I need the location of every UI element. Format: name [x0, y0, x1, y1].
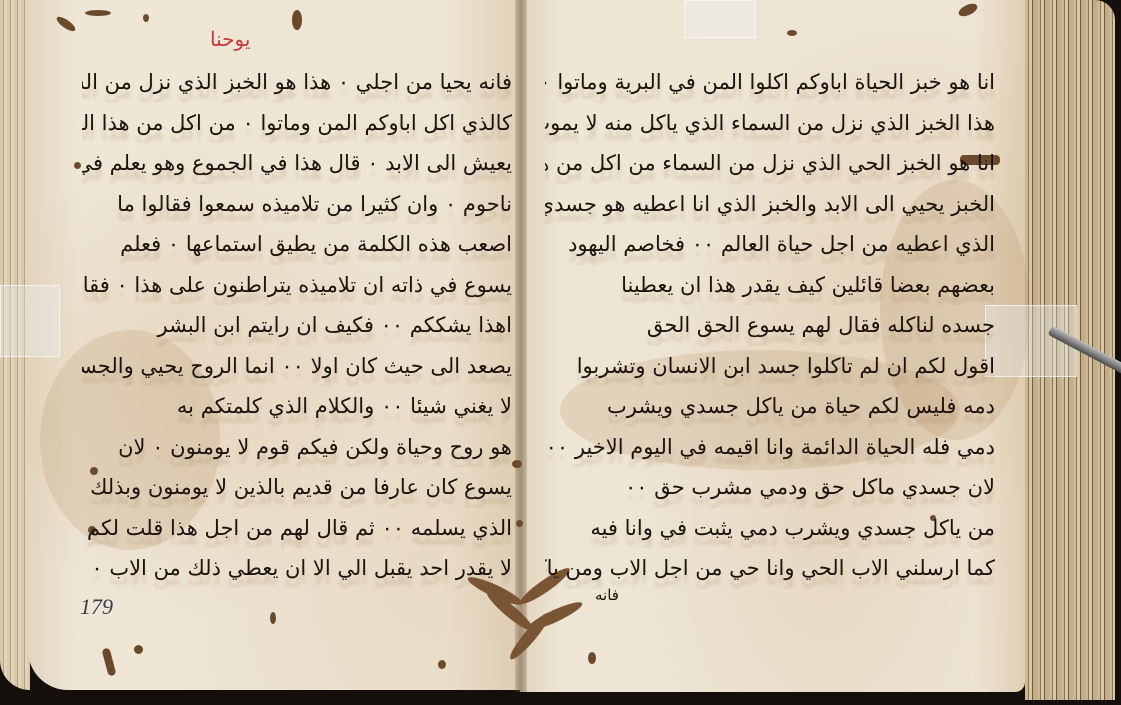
text-line: دمه فليس لكم حياة من ياكل جسدي ويشرب: [545, 386, 995, 427]
folio-number: 179: [80, 594, 113, 620]
text-line: لا يغني شيئا ۰۰ والكلام الذي كلمتكم به: [82, 386, 512, 427]
rubric-heading: يوحنا: [210, 27, 250, 51]
text-line: هو روح وحياة ولكن فيكم قوم لا يومنون ۰ ل…: [82, 427, 512, 468]
worm-hole: [512, 460, 522, 468]
text-line: الذي اعطيه من اجل حياة العالم ۰۰ فخاصم ا…: [545, 224, 995, 265]
worm-hole: [588, 652, 596, 664]
worm-hole: [292, 10, 302, 30]
right-page-text: انا هو خبز الحياة اباوكم اكلوا المن في ا…: [545, 62, 995, 589]
worm-hole: [134, 645, 143, 654]
text-line: اقول لكم ان لم تاكلوا جسد ابن الانسان وت…: [545, 346, 995, 387]
manuscript-photo: يوحنا فانه يحيا من اجلي ۰ هذا هو الخبز ا…: [0, 0, 1121, 705]
worm-hole: [516, 520, 523, 527]
text-line: الذي يسلمه ۰۰ ثم قال لهم من اجل هذا قلت …: [82, 508, 512, 549]
text-line: اهذا يشككم ۰۰ فكيف ان رايتم ابن البشر: [82, 305, 512, 346]
text-line: بعضهم بعضا قائلين كيف يقدر هذا ان يعطينا: [545, 265, 995, 306]
text-line: الخبز يحيي الى الابد والخبز الذي انا اعط…: [545, 184, 995, 225]
worm-hole: [438, 660, 446, 669]
text-line: يسوع كان عارفا من قديم بالذين لا يومنون …: [82, 467, 512, 508]
catchword: فانه: [595, 586, 619, 604]
text-line: لا يقدر احد يقبل الي الا ان يعطي ذلك من …: [82, 548, 512, 589]
worm-hole: [270, 612, 276, 624]
text-line: يصعد الى حيث كان اولا ۰۰ انما الروح يحيي…: [82, 346, 512, 387]
text-line: دمي فله الحياة الدائمة وانا اقيمه في الي…: [545, 427, 995, 468]
left-page-text: فانه يحيا من اجلي ۰ هذا هو الخبز الذي نز…: [82, 62, 512, 589]
text-line: يعيش الى الابد ۰ قال هذا في الجموع وهو ي…: [82, 143, 512, 184]
repair-tape: [0, 285, 60, 357]
repair-tape: [684, 0, 756, 38]
text-line: كما ارسلني الاب الحي وانا حي من اجل الاب…: [545, 548, 995, 589]
text-line: جسده لناكله فقال لهم يسوع الحق الحق: [545, 305, 995, 346]
text-line: كالذي اكل اباوكم المن وماتوا ۰ من اكل من…: [82, 103, 512, 144]
text-line: انا هو الخبز الحي الذي نزل من السماء من …: [545, 143, 995, 184]
text-line: لان جسدي ماكل حق ودمي مشرب حق ۰۰: [545, 467, 995, 508]
text-line: فانه يحيا من اجلي ۰ هذا هو الخبز الذي نز…: [82, 62, 512, 103]
worm-hole: [74, 162, 81, 169]
text-line: اصعب هذه الكلمة من يطيق استماعها ۰ فعلم: [82, 224, 512, 265]
worm-hole: [85, 10, 111, 16]
worm-hole: [787, 30, 797, 36]
text-line: ناحوم ۰ وان كثيرا من تلاميذه سمعوا فقالو…: [82, 184, 512, 225]
text-line: انا هو خبز الحياة اباوكم اكلوا المن في ا…: [545, 62, 995, 103]
text-line: يسوع في ذاته ان تلاميذه يتراطنون على هذا…: [82, 265, 512, 306]
worm-hole: [143, 14, 149, 22]
text-line: هذا الخبز الذي نزل من السماء الذي ياكل م…: [545, 103, 995, 144]
text-line: من ياكل جسدي ويشرب دمي يثبت في وانا فيه: [545, 508, 995, 549]
